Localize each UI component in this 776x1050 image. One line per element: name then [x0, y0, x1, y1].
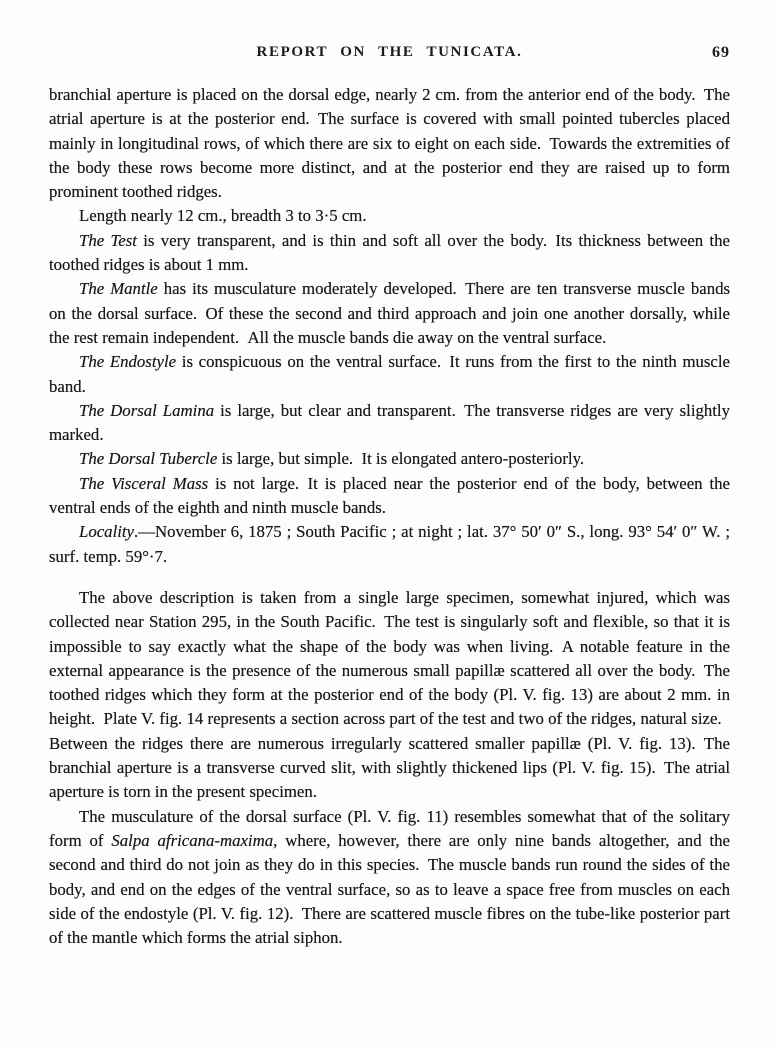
- running-title: REPORT ON THE TUNICATA.: [49, 44, 730, 61]
- page-content: REPORT ON THE TUNICATA. 69 branchial ape…: [49, 44, 730, 950]
- italic-term: Salpa africana-maxima: [111, 831, 273, 850]
- paragraph: The musculature of the dorsal surface (P…: [49, 805, 730, 951]
- italic-term: The Endostyle: [79, 352, 176, 371]
- text-run: is very transparent, and is thin and sof…: [49, 231, 730, 274]
- paragraph: The Dorsal Tubercle is large, but simple…: [49, 447, 730, 471]
- italic-term: The Test: [79, 231, 137, 250]
- text-run: Length nearly 12 cm., breadth 3 to 3·5 c…: [79, 206, 367, 225]
- paragraph: The Test is very transparent, and is thi…: [49, 229, 730, 278]
- italic-term: The Dorsal Tubercle: [79, 449, 217, 468]
- italic-term: The Dorsal Lamina: [79, 401, 214, 420]
- paragraph: Locality.—November 6, 1875 ; South Pacif…: [49, 520, 730, 569]
- page-header: REPORT ON THE TUNICATA. 69: [49, 44, 730, 64]
- text-run: branchial aperture is placed on the dors…: [49, 85, 730, 201]
- page-number: 69: [712, 44, 730, 62]
- paragraph: The above description is taken from a si…: [49, 586, 730, 805]
- paragraph: Length nearly 12 cm., breadth 3 to 3·5 c…: [49, 204, 730, 228]
- text-run: The above description is taken from a si…: [49, 588, 730, 801]
- text-run: is large, but simple. It is elongated an…: [217, 449, 584, 468]
- paragraph: branchial aperture is placed on the dors…: [49, 83, 730, 204]
- paragraph: The Endostyle is conspicuous on the vent…: [49, 350, 730, 399]
- italic-term: The Visceral Mass: [79, 474, 208, 493]
- book-page: REPORT ON THE TUNICATA. 69 branchial ape…: [0, 0, 776, 1050]
- paragraph: The Visceral Mass is not large. It is pl…: [49, 472, 730, 521]
- page-body: branchial aperture is placed on the dors…: [49, 83, 730, 950]
- italic-term: Locality: [79, 522, 134, 541]
- paragraph: The Dorsal Lamina is large, but clear an…: [49, 399, 730, 448]
- text-run: .—November 6, 1875 ; South Pacific ; at …: [49, 522, 730, 565]
- paragraph: The Mantle has its musculature moderatel…: [49, 277, 730, 350]
- italic-term: The Mantle: [79, 279, 158, 298]
